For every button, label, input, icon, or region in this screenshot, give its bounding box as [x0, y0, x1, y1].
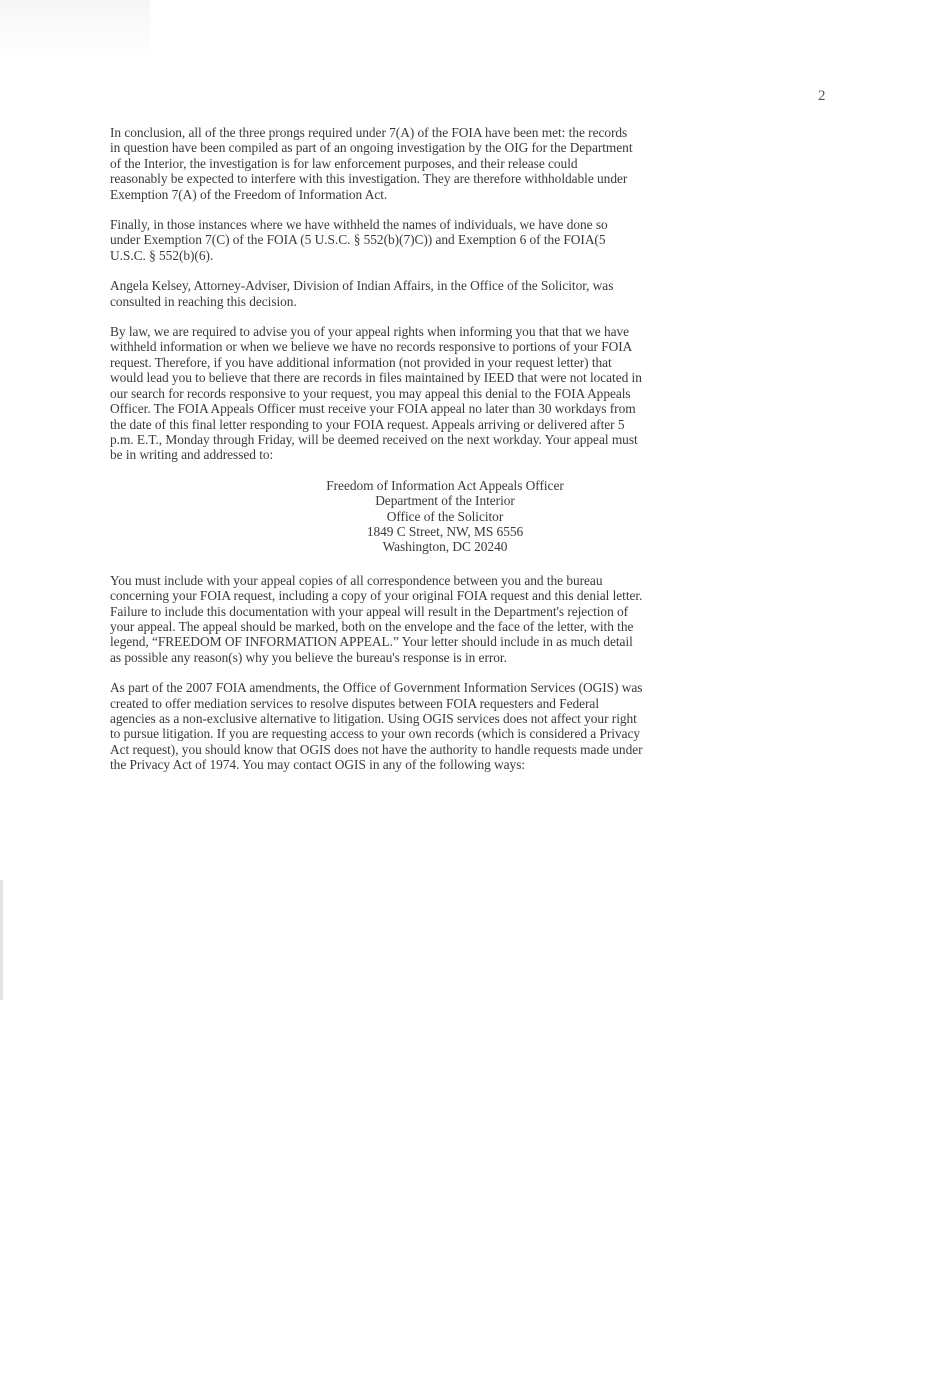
text-line: reasonably be expected to interfere with… [110, 171, 840, 186]
text-line: In conclusion, all of the three prongs r… [110, 125, 840, 140]
text-line: p.m. E.T., Monday through Friday, will b… [110, 432, 840, 447]
text-line: in question have been compiled as part o… [110, 140, 840, 155]
text-line: under Exemption 7(C) of the FOIA (5 U.S.… [110, 232, 840, 247]
text-line: By law, we are required to advise you of… [110, 324, 840, 339]
paragraph-ogis: As part of the 2007 FOIA amendments, the… [110, 680, 840, 772]
text-line: created to offer mediation services to r… [110, 696, 840, 711]
text-line: your appeal. The appeal should be marked… [110, 619, 840, 634]
scan-artifact [0, 0, 150, 60]
address-line: Office of the Solicitor [110, 509, 780, 524]
text-line: the Privacy Act of 1974. You may contact… [110, 757, 840, 772]
paragraph-consulted: Angela Kelsey, Attorney-Adviser, Divisio… [110, 278, 840, 309]
text-line: as possible any reason(s) why you believ… [110, 650, 840, 665]
text-line: withheld information or when we believe … [110, 339, 840, 354]
text-line: U.S.C. § 552(b)(6). [110, 248, 840, 263]
text-line: would lead you to believe that there are… [110, 370, 840, 385]
letter-body: In conclusion, all of the three prongs r… [110, 125, 840, 788]
address-line: Freedom of Information Act Appeals Offic… [110, 478, 780, 493]
text-line: our search for records responsive to you… [110, 386, 840, 401]
paragraph-finally: Finally, in those instances where we hav… [110, 217, 840, 263]
text-line: consulted in reaching this decision. [110, 294, 840, 309]
text-line: legend, “FREEDOM OF INFORMATION APPEAL.”… [110, 634, 840, 649]
text-line: to pursue litigation. If you are request… [110, 726, 840, 741]
text-line: Officer. The FOIA Appeals Officer must r… [110, 401, 840, 416]
paragraph-appeal-rights: By law, we are required to advise you of… [110, 324, 840, 463]
text-line: Finally, in those instances where we hav… [110, 217, 840, 232]
text-line: request. Therefore, if you have addition… [110, 355, 840, 370]
text-line: Act request), you should know that OGIS … [110, 742, 840, 757]
text-line: agencies as a non-exclusive alternative … [110, 711, 840, 726]
text-line: Exemption 7(A) of the Freedom of Informa… [110, 187, 840, 202]
text-line: You must include with your appeal copies… [110, 573, 840, 588]
text-line: concerning your FOIA request, including … [110, 588, 840, 603]
scan-artifact [0, 880, 3, 1000]
address-line: 1849 C Street, NW, MS 6556 [110, 524, 780, 539]
text-line: be in writing and addressed to: [110, 447, 840, 462]
text-line: Failure to include this documentation wi… [110, 604, 840, 619]
text-line: the date of this final letter responding… [110, 417, 840, 432]
address-line: Washington, DC 20240 [110, 539, 780, 554]
appeals-address-block: Freedom of Information Act Appeals Offic… [110, 478, 840, 555]
paragraph-conclusion: In conclusion, all of the three prongs r… [110, 125, 840, 202]
page-number: 2 [818, 88, 826, 105]
text-line: Angela Kelsey, Attorney-Adviser, Divisio… [110, 278, 840, 293]
address-line: Department of the Interior [110, 493, 780, 508]
text-line: of the Interior, the investigation is fo… [110, 156, 840, 171]
paragraph-include-copies: You must include with your appeal copies… [110, 573, 840, 665]
text-line: As part of the 2007 FOIA amendments, the… [110, 680, 840, 695]
